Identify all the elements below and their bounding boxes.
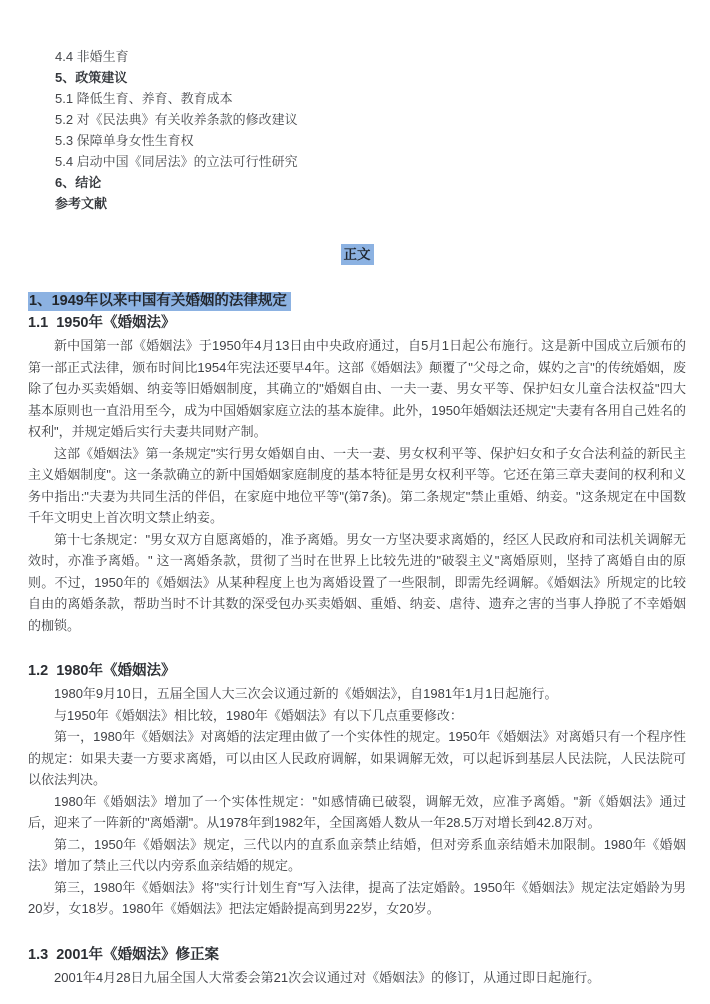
section-2001-amendment: 1.3 2001年《婚姻法》修正案 2001年4月28日九届全国人大常委会第21… — [28, 944, 686, 989]
section-1950-marriage-law: 1.1 1950年《婚姻法》 新中国第一部《婚姻法》于1950年4月13日由中央… — [28, 312, 686, 636]
paragraph: 新中国第一部《婚姻法》于1950年4月13日由中央政府通过，自5月1日起公布施行… — [28, 335, 686, 443]
body-marker-highlighted: 正文 — [341, 244, 374, 265]
paragraph: 1980年9月10日，五届全国人大三次会议通过新的《婚姻法》，自1981年1月1… — [28, 683, 686, 705]
document-outline: 4.4 非婚生育 5、政策建议 5.1 降低生育、养育、教育成本 5.2 对《民… — [55, 46, 686, 214]
outline-item: 参考文献 — [55, 193, 686, 214]
paragraph: 第十七条规定："男女双方自愿离婚的，准予离婚。男女一方坚决要求离婚的，经区人民政… — [28, 529, 686, 637]
document-page: 4.4 非婚生育 5、政策建议 5.1 降低生育、养育、教育成本 5.2 对《民… — [0, 0, 710, 1004]
paragraph: 第三，1980年《婚姻法》将"实行计划生育"写入法律，提高了法定婚龄。1950年… — [28, 877, 686, 920]
section-heading: 1.3 2001年《婚姻法》修正案 — [28, 944, 686, 966]
section-1980-marriage-law: 1.2 1980年《婚姻法》 1980年9月10日，五届全国人大三次会议通过新的… — [28, 660, 686, 920]
outline-item: 4.4 非婚生育 — [55, 46, 686, 67]
outline-item: 6、结论 — [55, 172, 686, 193]
outline-item: 5.2 对《民法典》有关收养条款的修改建议 — [55, 109, 686, 130]
outline-item: 5、政策建议 — [55, 67, 686, 88]
paragraph: 与1950年《婚姻法》相比较，1980年《婚姻法》有以下几点重要修改： — [28, 705, 686, 727]
section-heading: 1.2 1980年《婚姻法》 — [28, 660, 686, 682]
chapter-heading: 1、1949年以来中国有关婚姻的法律规定 — [28, 291, 686, 312]
body-marker-row: 正文 — [28, 244, 686, 265]
outline-item: 5.1 降低生育、养育、教育成本 — [55, 88, 686, 109]
outline-item: 5.4 启动中国《同居法》的立法可行性研究 — [55, 151, 686, 172]
section-heading: 1.1 1950年《婚姻法》 — [28, 312, 686, 334]
outline-item: 5.3 保障单身女性生育权 — [55, 130, 686, 151]
paragraph: 2001年4月28日九届全国人大常委会第21次会议通过对《婚姻法》的修订，从通过… — [28, 967, 686, 989]
paragraph: 第一，1980年《婚姻法》对离婚的法定理由做了一个实体性的规定。1950年《婚姻… — [28, 726, 686, 791]
paragraph: 这部《婚姻法》第一条规定"实行男女婚姻自由、一夫一妻、男女权利平等、保护妇女和子… — [28, 443, 686, 529]
paragraph: 第二，1950年《婚姻法》规定，三代以内的直系血亲禁止结婚，但对旁系血亲结婚未加… — [28, 834, 686, 877]
paragraph: 1980年《婚姻法》增加了一个实体性规定："如感情确已破裂，调解无效，应准予离婚… — [28, 791, 686, 834]
chapter-heading-highlighted-text: 1、1949年以来中国有关婚姻的法律规定 — [28, 292, 291, 311]
